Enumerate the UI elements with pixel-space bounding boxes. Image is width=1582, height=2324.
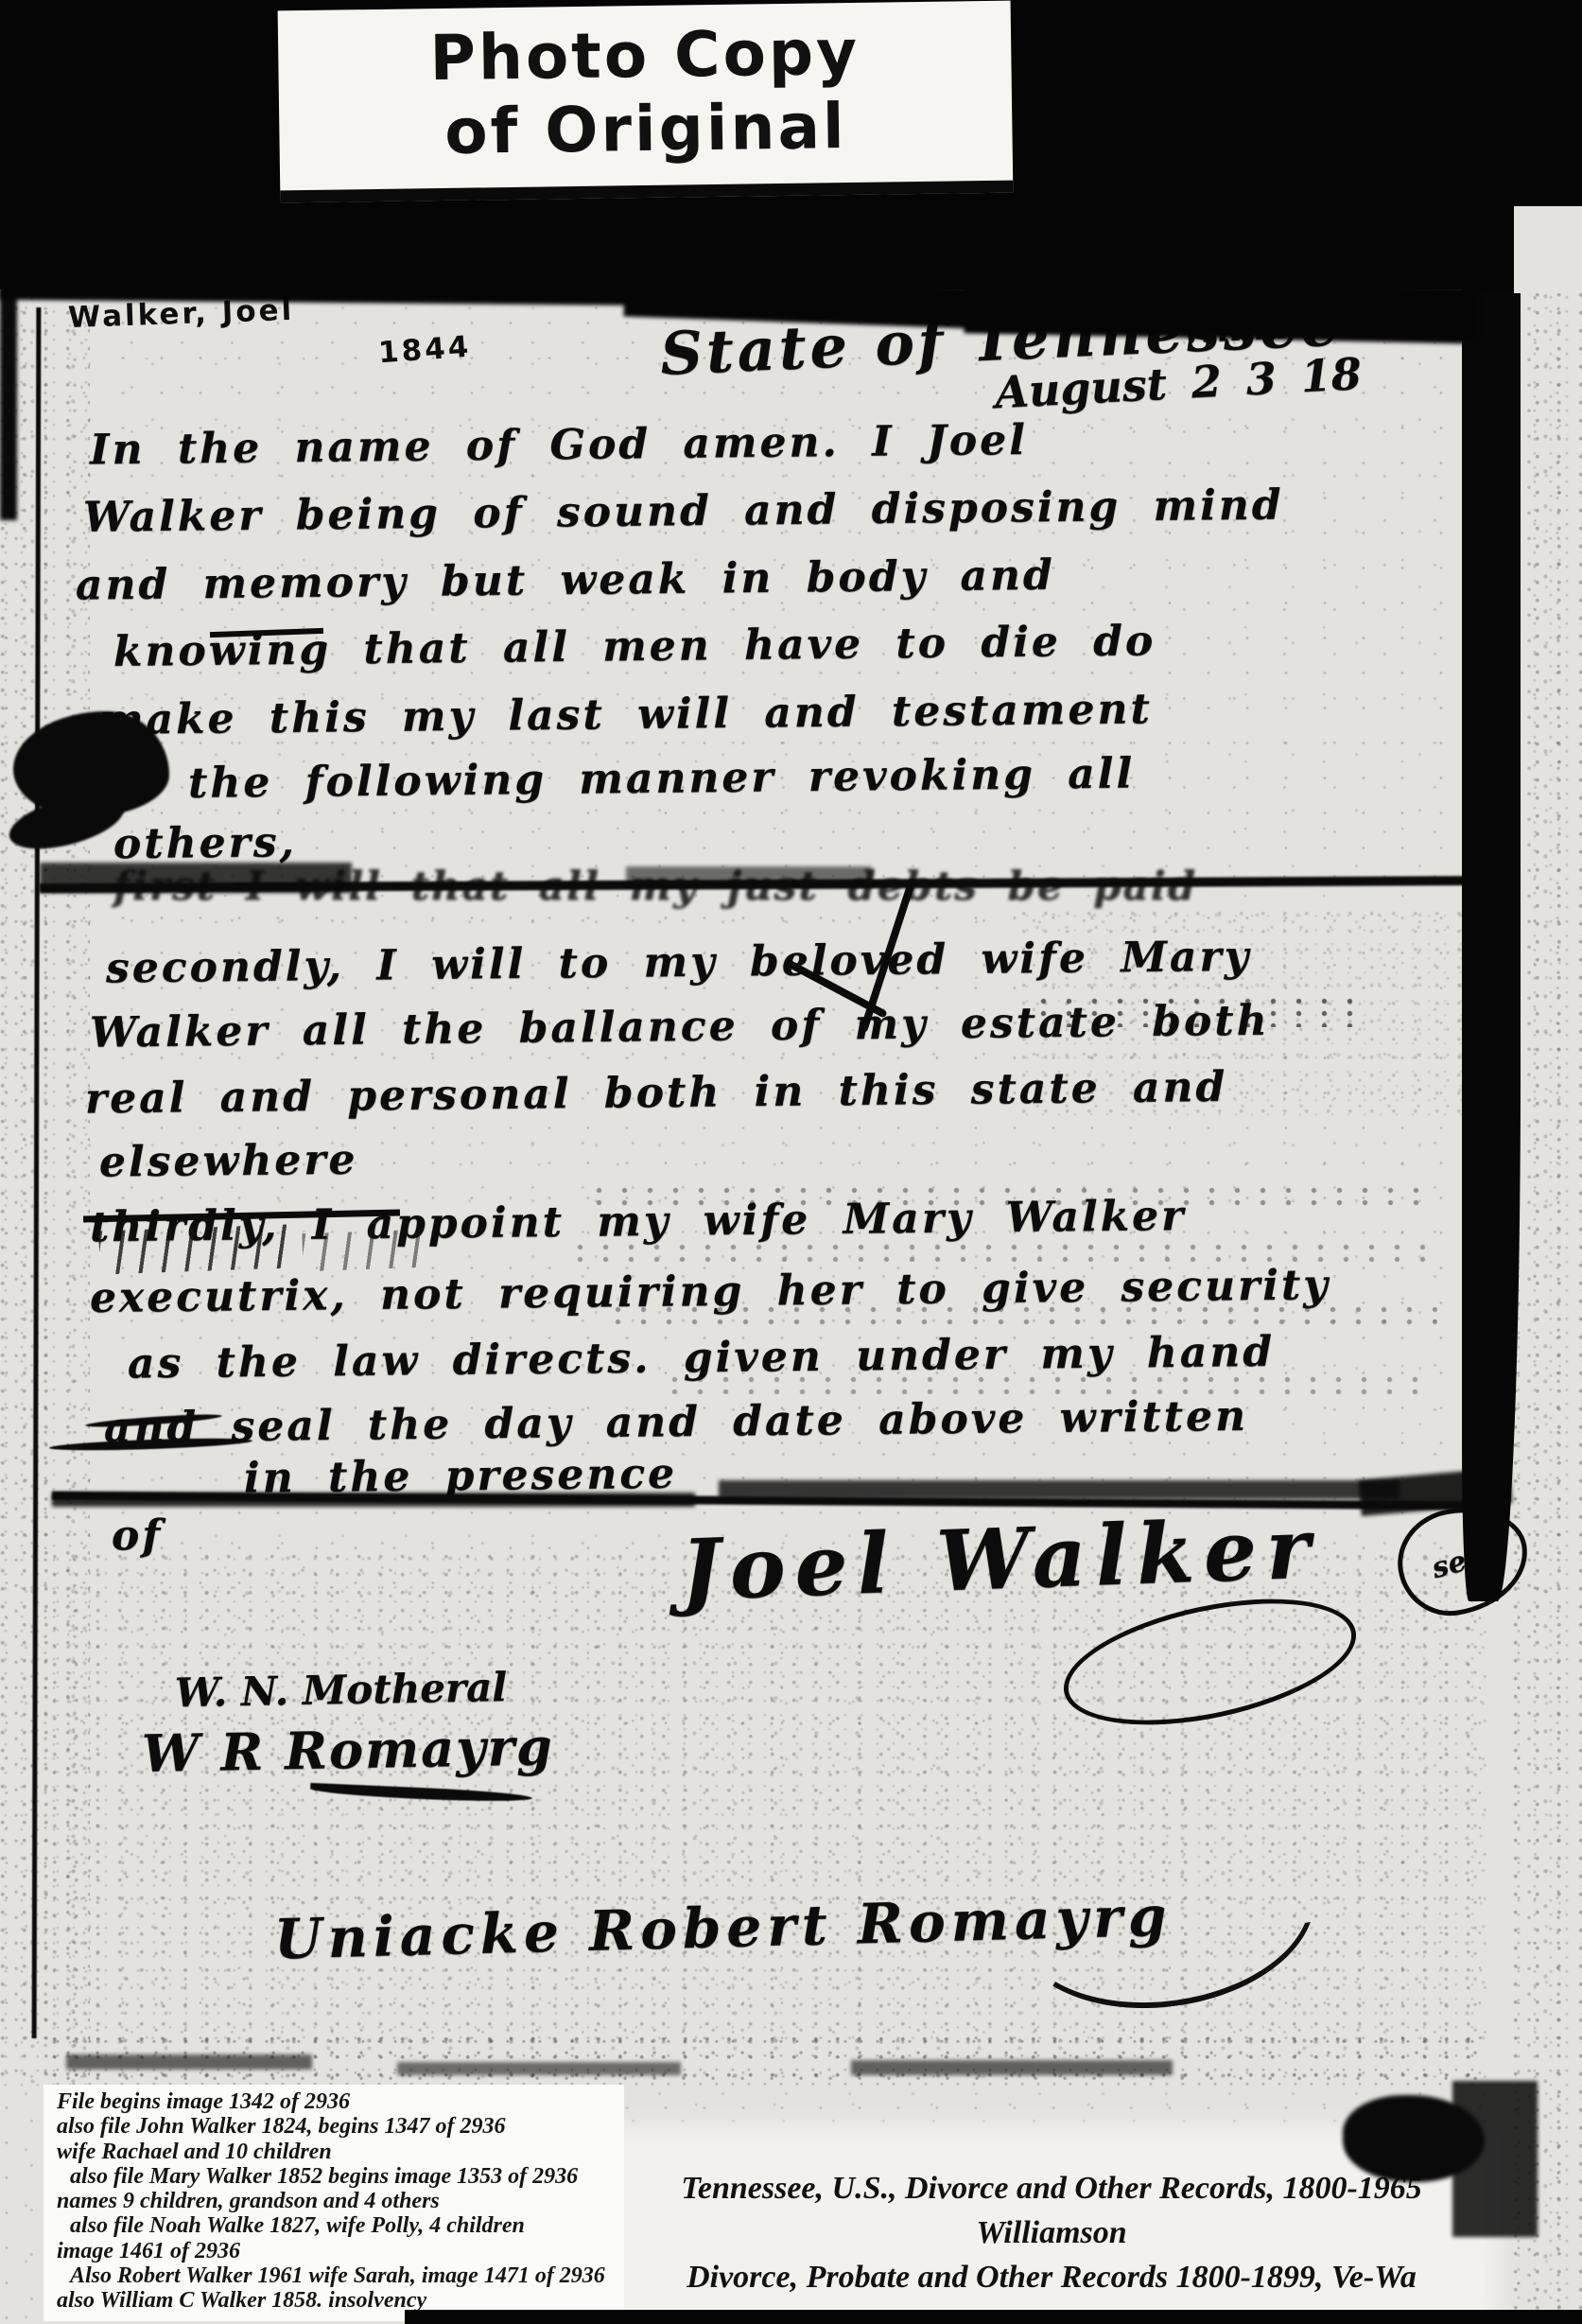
will-line: and memory but weak in body and	[76, 551, 1055, 610]
bottom-black-strip	[405, 2310, 1582, 2324]
bottom-smear	[397, 2062, 681, 2075]
scribble-hatch	[302, 1230, 426, 1272]
researcher-annotation-box: File begins image 1342 of 2936 also file…	[43, 2085, 624, 2321]
annotation-line: image 1461 of 2936	[57, 2239, 624, 2263]
stamp-text-line: of Original	[279, 88, 1013, 172]
index-note-year: 1844	[377, 330, 473, 371]
witness-signature: W R Romayrg	[141, 1716, 554, 1784]
annotation-line: also file John Walker 1824, begins 1347 …	[57, 2114, 624, 2139]
ink-smear	[626, 866, 872, 887]
stamp-text-line: Photo Copy	[278, 14, 1012, 98]
annotation-line: wife Rachael and 10 children	[57, 2140, 624, 2164]
will-line: in the following manner revoking all	[104, 749, 1136, 808]
witness-signature: W. N. Motheral	[175, 1664, 508, 1716]
citation-line: Divorce, Probate and Other Records 1800-…	[626, 2255, 1477, 2299]
will-line: Walker being of sound and disposing mind	[83, 481, 1284, 541]
scanned-will-document: Walker, Joel 1844 State of Tennessee Wil…	[0, 0, 1582, 2324]
top-right-paper-notch	[1514, 206, 1582, 293]
band-edge-wedge	[964, 276, 1480, 343]
scribble-hatch	[98, 1225, 288, 1275]
annotation-line: names 9 children, grandson and 4 others	[57, 2189, 624, 2213]
struck-line-band: first I will that all my just debts be p…	[40, 857, 1479, 914]
right-margin-noise	[1513, 289, 1582, 2323]
will-line: make this my last will and testament	[99, 685, 1153, 744]
right-black-bar	[1462, 282, 1521, 1601]
ink-smear	[40, 863, 352, 893]
annotation-line: also file Mary Walker 1852 begins image …	[57, 2164, 624, 2189]
ink-smear	[719, 1480, 1399, 1499]
will-line: knowing that all men have to die do	[113, 617, 1156, 676]
will-line: of	[112, 1511, 164, 1561]
citation-line: Tennessee, U.S., Divorce and Other Recor…	[626, 2166, 1477, 2210]
bottom-smear	[851, 2060, 1173, 2075]
photo-copy-stamp: Photo Copy of Original	[278, 1, 1014, 203]
will-line: and seal the day and date above written	[104, 1392, 1249, 1453]
source-citation: Tennessee, U.S., Divorce and Other Recor…	[626, 2166, 1477, 2299]
will-line: elsewhere	[99, 1136, 358, 1187]
will-line: In the name of God amen. I Joel	[90, 416, 1028, 474]
citation-line: Williamson	[626, 2210, 1477, 2255]
annotation-line: also file Noah Walke 1827, wife Polly, 4…	[57, 2213, 624, 2238]
bottom-smear	[66, 2054, 312, 2070]
annotation-line: Also Robert Walker 1961 wife Sarah, imag…	[57, 2263, 624, 2288]
ink-smear	[52, 1493, 695, 1507]
annotation-line: File begins image 1342 of 2936	[57, 2089, 624, 2114]
left-edge-shadow	[0, 288, 17, 520]
ink-blotch	[1452, 2081, 1538, 2237]
